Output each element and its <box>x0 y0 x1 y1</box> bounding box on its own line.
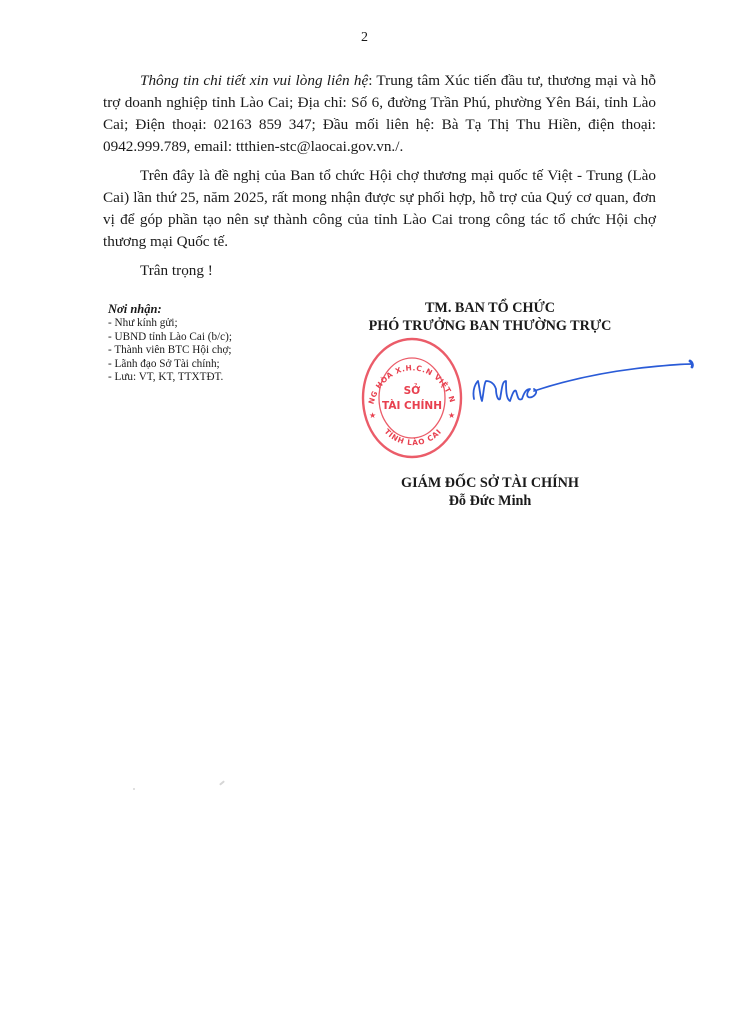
stamp-center-line2: TÀI CHÍNH <box>382 399 442 412</box>
stamp-star-left: ★ <box>369 411 376 420</box>
signatory-title-block: TM. BAN TỔ CHỨC PHÓ TRƯỞNG BAN THƯỜNG TR… <box>330 299 650 335</box>
svg-text:TỈNH LÀO CAI: TỈNH LÀO CAI <box>383 427 444 447</box>
signatory-position: GIÁM ĐỐC SỞ TÀI CHÍNH <box>330 474 650 492</box>
recipient-item: - Lãnh đạo Sở Tài chính; <box>108 358 232 372</box>
recipient-item: - UBND tỉnh Lào Cai (b/c); <box>108 331 232 345</box>
recipients-block: Nơi nhận: - Như kính gửi; - UBND tỉnh Là… <box>108 302 232 385</box>
recipients-title-text: Nơi nhận <box>108 302 157 316</box>
closing-paragraph: Trân trọng ! <box>103 260 656 282</box>
scan-artifact <box>133 788 135 790</box>
signatory-name: Đỗ Đức Minh <box>330 492 650 510</box>
request-paragraph: Trên đây là đề nghị của Ban tổ chức Hội … <box>103 165 656 253</box>
recipient-item: - Như kính gửi; <box>108 317 232 331</box>
stamp-center-line1: SỞ <box>404 383 421 397</box>
scan-artifact <box>219 780 225 785</box>
recipient-item: - Thành viên BTC Hội chợ; <box>108 344 232 358</box>
request-text: Trên đây là đề nghị của Ban tổ chức Hội … <box>103 165 656 253</box>
recipients-title-colon: : <box>157 302 161 316</box>
page-number: 2 <box>0 30 729 46</box>
handwritten-signature <box>440 345 710 405</box>
stamp-bottom-text: TỈNH LÀO CAI <box>383 427 444 447</box>
signatory-name-block: GIÁM ĐỐC SỞ TÀI CHÍNH Đỗ Đức Minh <box>330 474 650 510</box>
recipients-list: - Như kính gửi; - UBND tỉnh Lào Cai (b/c… <box>108 317 232 385</box>
stamp-star-right: ★ <box>448 411 455 420</box>
recipient-item: - Lưu: VT, KT, TTXTĐT. <box>108 371 232 385</box>
contact-info-paragraph: Thông tin chi tiết xin vui lòng liên hệ:… <box>103 70 656 158</box>
closing-text: Trân trọng ! <box>103 260 656 282</box>
signatory-role-line: PHÓ TRƯỞNG BAN THƯỜNG TRỰC <box>330 317 650 335</box>
recipients-title: Nơi nhận: <box>108 302 232 317</box>
contact-lead-italic: Thông tin chi tiết xin vui lòng liên hệ <box>140 72 368 89</box>
signatory-org-line: TM. BAN TỔ CHỨC <box>330 299 650 317</box>
